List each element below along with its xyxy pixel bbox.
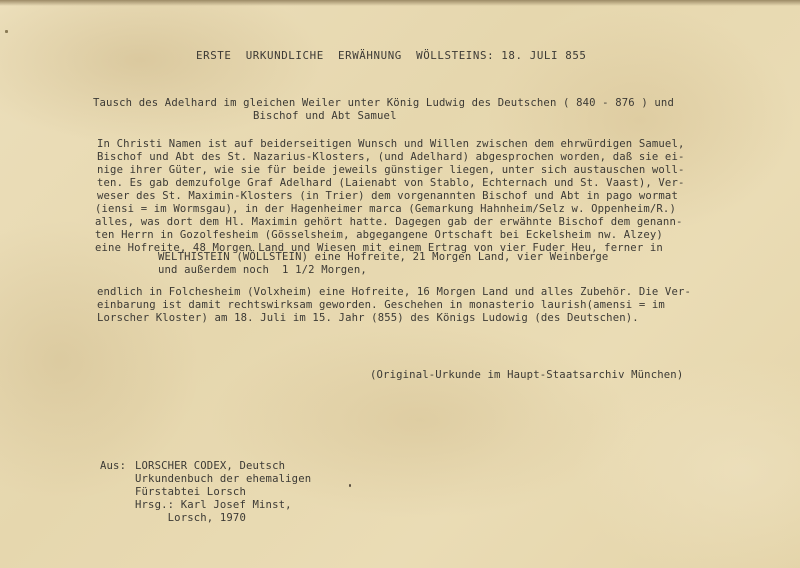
- paragraph-line: weser des St. Maximin-Klosters (in Trier…: [97, 190, 678, 203]
- paragraph-line: nige ihrer Güter, wie sie für beide jewe…: [97, 164, 685, 177]
- subtitle-line-2: Bischof und Abt Samuel: [253, 110, 397, 123]
- source-line: Lorsch, 1970: [135, 512, 246, 525]
- paragraph-line: In Christi Namen ist auf beiderseitigen …: [97, 138, 685, 151]
- paragraph-line: ten. Es gab demzufolge Graf Adelhard (La…: [97, 177, 685, 190]
- paragraph-line: (iensi = im Wormsgau), in der Hagenheime…: [95, 203, 676, 216]
- paragraph-line: Bischof und Abt des St. Nazarius-Kloster…: [97, 151, 685, 164]
- paragraph-line: ten Herrn in Gozolfesheim (Gösselsheim, …: [95, 229, 663, 242]
- source-line: Hrsg.: Karl Josef Minst,: [135, 499, 292, 512]
- paper-speck: [5, 30, 8, 33]
- indented-line: und außerdem noch 1 1/2 Morgen,: [158, 264, 367, 277]
- source-label: Aus:: [100, 460, 126, 473]
- paragraph-line: alles, was dort dem Hl. Maximin gehört h…: [95, 216, 683, 229]
- source-line: Fürstabtei Lorsch: [135, 486, 246, 499]
- source-line: LORSCHER CODEX, Deutsch: [135, 460, 285, 473]
- paragraph-line: einbarung ist damit rechtswirksam geword…: [97, 299, 665, 312]
- indented-line: WELTHISTEIN (WÖLLSTEIN) eine Hofreite, 2…: [158, 251, 608, 264]
- ink-speck: [349, 484, 351, 487]
- subtitle-line-1: Tausch des Adelhard im gleichen Weiler u…: [93, 97, 674, 110]
- paragraph-line: endlich in Folchesheim (Volxheim) eine H…: [97, 286, 691, 299]
- original-document-note: (Original-Urkunde im Haupt-Staatsarchiv …: [370, 369, 683, 382]
- source-line: Urkundenbuch der ehemaligen: [135, 473, 311, 486]
- paper-top-edge: [0, 0, 800, 6]
- document-title: ERSTE URKUNDLICHE ERWÄHNUNG WÖLLSTEINS: …: [196, 49, 587, 62]
- paragraph-line: Lorscher Kloster) am 18. Juli im 15. Jah…: [97, 312, 639, 325]
